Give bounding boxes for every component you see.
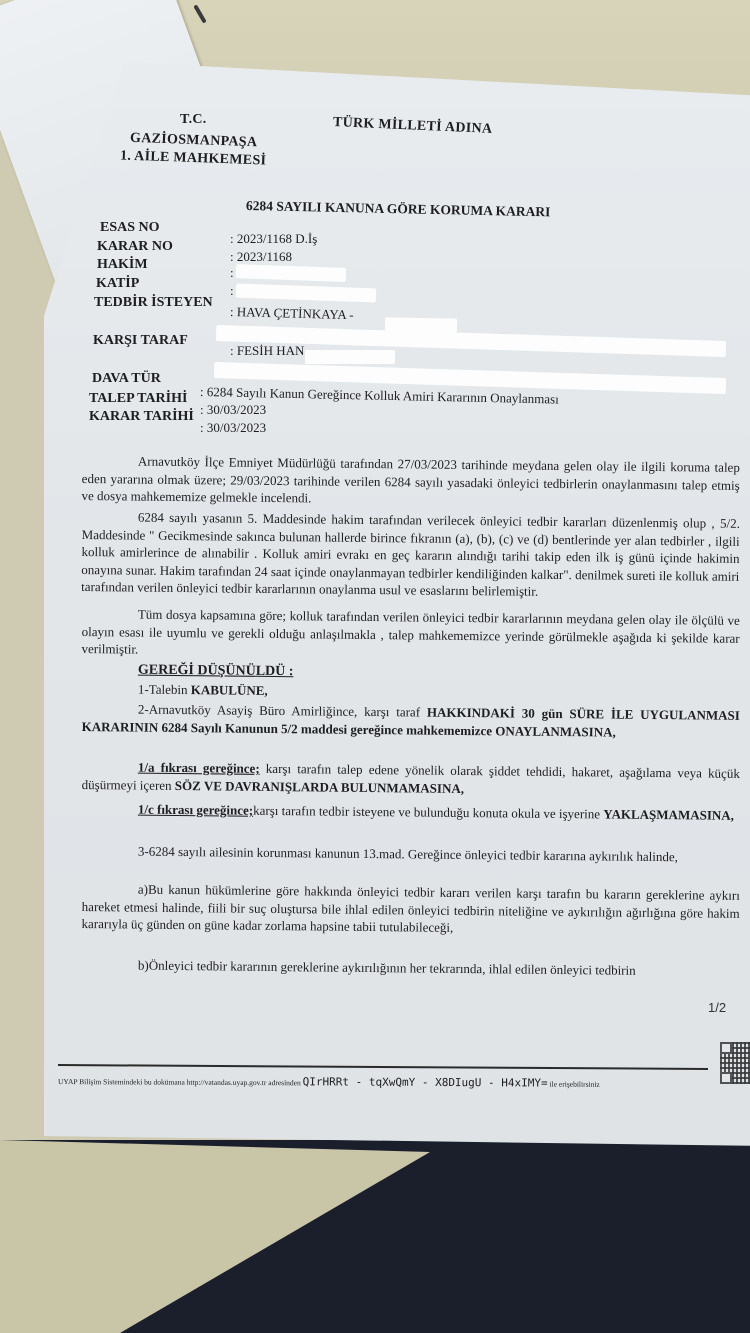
redaction-hakim [236,264,346,282]
decision-item-3: 3-6284 sayılı ailesinin korunması kanunu… [82,842,740,866]
qr-code-icon [720,1042,750,1084]
footer-divider [58,1064,708,1069]
item-1a-bold: SÖZ VE DAVRANIŞLARDA BULUNMAMASINA, [175,777,464,795]
item1-text: 1-Talebin [138,682,191,698]
footer-verification: UYAP Bilişim Sistemindeki bu dokümana ht… [58,1074,600,1090]
field-label-tedbir-isteyen: TEDBİR İSTEYEN [94,295,213,311]
footer-suffix: ile erişebilirsiniz [550,1080,600,1089]
header-court-name: 1. AİLE MAHKEMESİ [120,148,267,169]
item3-text: 3-6284 sayılı ailesinin korunması kanunu… [138,844,678,865]
field-label-karar-tarihi: KARAR TARİHİ [89,409,194,425]
decision-item-1a: 1/a fıkrası gereğince; karşı tarafın tal… [82,758,740,800]
field-value-hakim: : [230,265,234,281]
court-decision-document: T.C. GAZİOSMANPAŞA 1. AİLE MAHKEMESİ TÜR… [0,0,750,1333]
paragraph-request-text: Arnavutköy İlçe Emniyet Müdürlüğü tarafı… [81,454,739,506]
paragraph-law-text: 6284 sayılı yasanın 5. Maddesinde hakim … [81,510,740,599]
item3a-text: a)Bu kanun hükümlerine göre hakkında önl… [81,882,739,935]
redaction-karsi-taraf-id [305,350,395,364]
field-value-karsi-taraf: : FESİH HAN - [230,343,312,359]
decision-heading-text: GEREĞİ DÜŞÜNÜLDÜ : [138,663,294,680]
decision-item-3b: b)Önleyici tedbir kararının gereklerine … [82,956,740,980]
item2-text: 2-Arnavutköy Asayiş Büro Amirliğince, ka… [138,702,427,720]
field-value-talep-tarihi: : 30/03/2023 [200,402,266,418]
field-value-tedbir-isteyen: : HAVA ÇETİNKAYA - [230,304,354,323]
page-number: 1/2 [708,1000,726,1015]
paragraph-assessment-text: Tüm dosya kapsamına göre; kolluk tarafın… [81,607,739,657]
item-1c-label: 1/c fıkrası gereğince; [138,802,253,818]
field-label-karar-no: KARAR NO [97,239,173,255]
paragraph-request: Arnavutköy İlçe Emniyet Müdürlüğü tarafı… [81,452,740,511]
header-court-city: GAZİOSMANPAŞA [130,131,258,151]
item-1c-text: karşı tarafın tedbir isteyene ve bulundu… [253,803,603,822]
header-country: T.C. [180,112,207,128]
field-label-katip: KATİP [96,276,139,292]
footer-prefix: UYAP Bilişim Sistemindeki bu dokümana ht… [58,1077,301,1087]
field-value-katip: : [230,283,234,299]
field-value-karar-tarihi: : 30/03/2023 [200,420,266,436]
item-1a-label: 1/a fıkrası gereğince; [138,760,260,776]
paragraph-assessment: Tüm dosya kapsamına göre; kolluk tarafın… [81,605,740,664]
redaction-katip [236,284,376,303]
header-nation: TÜRK MİLLETİ ADINA [333,115,493,138]
item-1c-bold: YAKLAŞMAMASINA, [603,806,734,822]
decision-item-2: 2-Arnavutköy Asayiş Büro Amirliğince, ka… [82,700,740,742]
paragraph-law: 6284 sayılı yasanın 5. Maddesinde hakim … [81,508,740,602]
field-value-esas-no: : 2023/1168 D.İş [230,231,317,247]
item3b-text: b)Önleyici tedbir kararının gereklerine … [138,958,636,978]
document-title: 6284 SAYILI KANUNA GÖRE KORUMA KARARI [246,198,551,220]
decision-item-1c: 1/c fıkrası gereğince;karşı tarafın tedb… [82,800,740,824]
verification-code: QIrHRRt - tqXwQmY - X8DIugU - H4xIMY= [303,1075,548,1089]
item1-bold: KABULÜNE, [191,682,268,698]
field-label-karsi-taraf: KARŞI TARAF [93,333,188,349]
decision-item-3a: a)Bu kanun hükümlerine göre hakkında önl… [81,880,740,939]
field-label-talep-tarihi: TALEP TARİHİ [89,391,187,407]
field-label-esas-no: ESAS NO [100,220,160,236]
field-label-dava-tur: DAVA TÜR [92,371,161,387]
field-label-hakim: HAKİM [97,257,148,273]
field-value-karar-no: : 2023/1168 [230,249,292,265]
